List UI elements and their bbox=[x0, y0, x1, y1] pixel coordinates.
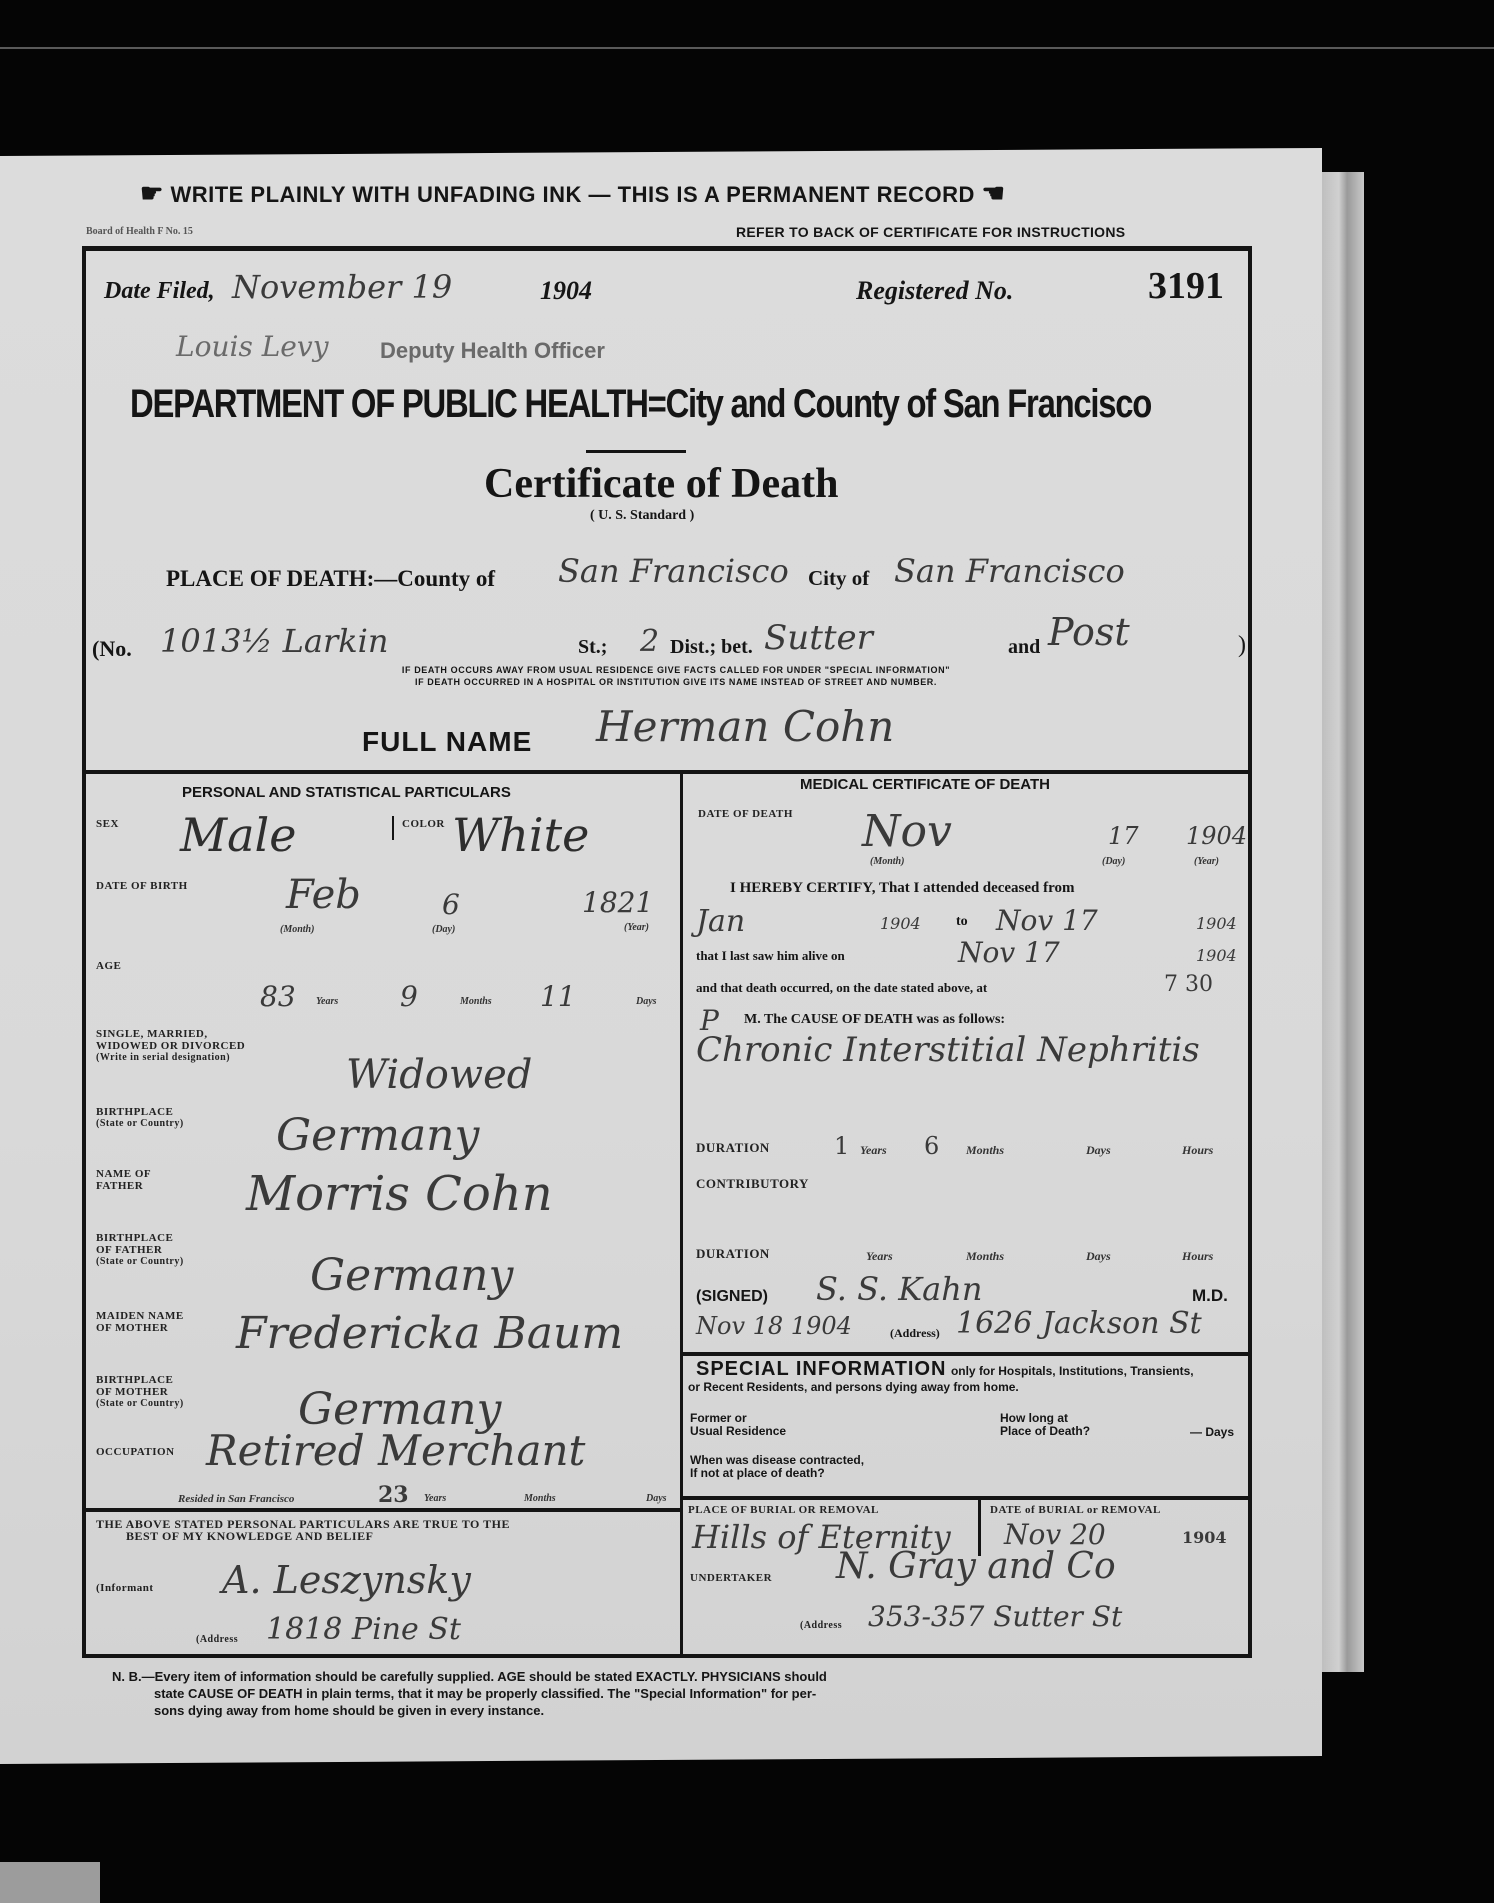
mother-name-label: MAIDEN NAME OF MOTHER bbox=[96, 1310, 184, 1334]
duration-years: 1 bbox=[834, 1132, 849, 1160]
father-bp-label-line: (State or Country) bbox=[96, 1256, 184, 1268]
year-caption: (Year) bbox=[624, 922, 649, 933]
registered-number: 3191 bbox=[1148, 264, 1224, 308]
medical-heading: MEDICAL CERTIFICATE OF DEATH bbox=[800, 776, 1050, 793]
birthplace-label: BIRTHPLACE (State or Country) bbox=[96, 1106, 184, 1130]
officer-title: Deputy Health Officer bbox=[380, 338, 605, 364]
duration-months: 6 bbox=[924, 1132, 939, 1160]
time-of-death: 7 30 bbox=[1164, 972, 1213, 997]
dob-label: DATE OF BIRTH bbox=[96, 880, 188, 892]
city-label: City of bbox=[808, 566, 869, 591]
mother-bp-label-line: BIRTHPLACE bbox=[96, 1374, 184, 1386]
duration-days-caption: Days bbox=[1086, 1143, 1111, 1158]
father-birthplace-label: BIRTHPLACE OF FATHER (State or Country) bbox=[96, 1232, 184, 1268]
undertaker: N. Gray and Co bbox=[836, 1546, 1116, 1587]
physician-address-label: (Address) bbox=[890, 1326, 940, 1341]
scan-edge-line bbox=[0, 47, 1494, 49]
sex-label: SEX bbox=[96, 818, 119, 830]
burial-divider bbox=[683, 1496, 1250, 1500]
sex-value: Male bbox=[180, 808, 296, 862]
residence-note-line: IF DEATH OCCURS AWAY FROM USUAL RESIDENC… bbox=[246, 664, 1106, 676]
duration2-years-caption: Years bbox=[866, 1249, 893, 1264]
contracted-label: When was disease contracted, If not at p… bbox=[690, 1454, 864, 1480]
date-filed-label: Date Filed, bbox=[104, 278, 215, 305]
footer-note-line: N. B.—Every item of information should b… bbox=[112, 1668, 827, 1685]
dod-month-caption: (Month) bbox=[870, 856, 904, 867]
date-filed-year: 1904 bbox=[540, 276, 592, 306]
marital-label-line: (Write in serial designation) bbox=[96, 1052, 245, 1064]
day-caption: (Day) bbox=[432, 924, 455, 935]
former-residence-label: Former or Usual Residence bbox=[690, 1412, 786, 1438]
signed-label: (SIGNED) bbox=[696, 1288, 768, 1306]
mother-birthplace-label: BIRTHPLACE OF MOTHER (State or Country) bbox=[96, 1374, 184, 1410]
special-heading-note-2: or Recent Residents, and persons dying a… bbox=[688, 1380, 1019, 1394]
last-saw-label: that I last saw him alive on bbox=[696, 948, 845, 964]
footer-note-line: sons dying away from home should be give… bbox=[112, 1702, 827, 1719]
father-bp-label-line: BIRTHPLACE bbox=[96, 1232, 184, 1244]
city-value: San Francisco bbox=[894, 552, 1125, 590]
color-label: COLOR bbox=[402, 818, 445, 830]
certificate-title: Certificate of Death bbox=[484, 460, 839, 508]
paper-fold-edge bbox=[1322, 172, 1364, 1672]
scan-artifact bbox=[0, 1862, 100, 1903]
age-days: 11 bbox=[540, 980, 576, 1013]
attended-from: Jan bbox=[696, 904, 745, 939]
last-saw-date: Nov 17 bbox=[958, 936, 1060, 969]
special-heading-note: only for Hospitals, Institutions, Transi… bbox=[951, 1364, 1194, 1378]
full-name-value: Herman Cohn bbox=[596, 702, 894, 751]
instructions-note: REFER TO BACK OF CERTIFICATE FOR INSTRUC… bbox=[736, 224, 1125, 240]
age-label: AGE bbox=[96, 960, 121, 972]
mother-label-line: OF MOTHER bbox=[96, 1322, 184, 1334]
days-caption: Days bbox=[636, 996, 657, 1007]
birthplace-label-line: BIRTHPLACE bbox=[96, 1106, 184, 1118]
signed-date: Nov 18 1904 bbox=[696, 1312, 852, 1340]
attestation: THE ABOVE STATED PERSONAL PARTICULARS AR… bbox=[96, 1518, 510, 1542]
pointing-hand-icon: ☚ bbox=[982, 178, 1006, 208]
how-long-label-line: Place of Death? bbox=[1000, 1425, 1090, 1438]
hospital-note-line: IF DEATH OCCURRED IN A HOSPITAL OR INSTI… bbox=[246, 676, 1106, 688]
how-long-label: How long at Place of Death? bbox=[1000, 1412, 1090, 1438]
contributory-label: CONTRIBUTORY bbox=[696, 1178, 809, 1190]
contracted-label-line: If not at place of death? bbox=[690, 1467, 864, 1480]
special-heading: SPECIAL INFORMATION bbox=[696, 1358, 946, 1380]
place-of-death-label: PLACE OF DEATH:—County of bbox=[166, 566, 495, 592]
cause-label: M. The CAUSE OF DEATH was as follows: bbox=[744, 1012, 1005, 1028]
md-label: M.D. bbox=[1192, 1286, 1228, 1306]
form-ref: Board of Health F No. 15 bbox=[86, 226, 193, 237]
dod-day: 17 bbox=[1108, 822, 1139, 850]
color-value: White bbox=[452, 808, 589, 862]
duration2-days-caption: Days bbox=[1086, 1249, 1111, 1264]
personal-heading: PERSONAL AND STATISTICAL PARTICULARS bbox=[182, 784, 511, 801]
certificate-subtitle: ( U. S. Standard ) bbox=[590, 508, 694, 524]
street-number-label: (No. bbox=[92, 636, 132, 662]
month-caption: (Month) bbox=[280, 924, 314, 935]
former-label-line: Usual Residence bbox=[690, 1425, 786, 1438]
duration2-hours-caption: Hours bbox=[1182, 1249, 1213, 1264]
marital-label-line: WIDOWED OR DIVORCED bbox=[96, 1040, 245, 1052]
informant-label: (Informant bbox=[96, 1582, 154, 1594]
special-heading-block: SPECIAL INFORMATION only for Hospitals, … bbox=[696, 1358, 1194, 1381]
attended-to-year: 1904 bbox=[1196, 914, 1237, 933]
father-label-line: FATHER bbox=[96, 1180, 151, 1192]
duration-hours-caption: Hours bbox=[1182, 1143, 1213, 1158]
occupation-value: Retired Merchant bbox=[206, 1426, 585, 1475]
dob-month: Feb bbox=[286, 872, 361, 918]
age-months: 9 bbox=[400, 980, 418, 1013]
sex-color-divider bbox=[392, 816, 394, 840]
dod-month: Nov bbox=[862, 806, 952, 857]
mother-label-line: MAIDEN NAME bbox=[96, 1310, 184, 1322]
dod-label: DATE OF DEATH bbox=[698, 808, 793, 820]
marital-label: SINGLE, MARRIED, WIDOWED OR DIVORCED (Wr… bbox=[96, 1028, 245, 1064]
marital-label-line: SINGLE, MARRIED, bbox=[96, 1028, 245, 1040]
between-street-2: Post bbox=[1048, 610, 1130, 654]
between-street-1: Sutter bbox=[764, 618, 873, 658]
closing-paren: ) bbox=[1238, 632, 1246, 659]
informant-divider bbox=[86, 1508, 680, 1512]
resided-years-caption: Years bbox=[424, 1493, 446, 1504]
date-filed-value: November 19 bbox=[232, 268, 452, 306]
mother-name-value: Fredericka Baum bbox=[236, 1308, 623, 1359]
marital-value: Widowed bbox=[346, 1052, 532, 1098]
father-name-value: Morris Cohn bbox=[246, 1166, 553, 1222]
dod-year-caption: (Year) bbox=[1194, 856, 1219, 867]
burial-year: 1904 bbox=[1182, 1528, 1227, 1547]
district-label: Dist.; bet. bbox=[670, 636, 753, 659]
resided-months-caption: Months bbox=[524, 1493, 556, 1504]
to-label: to bbox=[956, 914, 968, 930]
father-label-line: NAME OF bbox=[96, 1168, 151, 1180]
informant-address: 1818 Pine St bbox=[266, 1612, 461, 1647]
footer-note-line: state CAUSE OF DEATH in plain terms, tha… bbox=[112, 1685, 827, 1702]
duration-months-caption: Months bbox=[966, 1143, 1004, 1158]
dob-year: 1821 bbox=[582, 886, 653, 919]
duration-label: DURATION bbox=[696, 1142, 770, 1154]
divider bbox=[586, 450, 686, 453]
burial-date-label: DATE of BURIAL or REMOVAL bbox=[990, 1504, 1161, 1516]
informant-signature: A. Leszynsky bbox=[222, 1558, 471, 1602]
footer-note: N. B.—Every item of information should b… bbox=[112, 1668, 827, 1719]
residence-note: IF DEATH OCCURS AWAY FROM USUAL RESIDENC… bbox=[246, 664, 1106, 688]
age-years: 83 bbox=[260, 980, 296, 1013]
undertaker-label: UNDERTAKER bbox=[690, 1572, 772, 1584]
county-value: San Francisco bbox=[558, 552, 789, 590]
duration-years-caption: Years bbox=[860, 1143, 887, 1158]
resided-label: Resided in San Francisco bbox=[178, 1493, 294, 1505]
birthplace-label-line: (State or Country) bbox=[96, 1118, 184, 1130]
informant-address-label: (Address bbox=[196, 1634, 238, 1646]
resided-days-caption: Days bbox=[646, 1493, 667, 1504]
attestation-line: BEST OF MY KNOWLEDGE AND BELIEF bbox=[96, 1530, 510, 1542]
years-caption: Years bbox=[316, 996, 338, 1007]
officer-signature: Louis Levy bbox=[176, 330, 329, 363]
resided-years: 23 bbox=[378, 1482, 409, 1508]
special-divider bbox=[683, 1352, 1250, 1356]
physician-address: 1626 Jackson St bbox=[956, 1306, 1202, 1341]
department-heading: DEPARTMENT OF PUBLIC HEALTH=City and Cou… bbox=[130, 382, 1151, 427]
section-divider bbox=[86, 770, 1250, 774]
dob-day: 6 bbox=[442, 888, 460, 921]
cause-of-death: Chronic Interstitial Nephritis bbox=[696, 1030, 1200, 1070]
mother-bp-label-line: OF MOTHER bbox=[96, 1386, 184, 1398]
column-divider bbox=[680, 774, 683, 1654]
duration2-months-caption: Months bbox=[966, 1249, 1004, 1264]
certify-text: I HEREBY CERTIFY, That I attended deceas… bbox=[730, 880, 1075, 897]
district-value: 2 bbox=[640, 624, 659, 659]
full-name-label: FULL NAME bbox=[362, 726, 532, 758]
dod-year: 1904 bbox=[1186, 822, 1247, 850]
burial-place-label: PLACE OF BURIAL OR REMOVAL bbox=[688, 1504, 879, 1516]
father-bp-label-line: OF FATHER bbox=[96, 1244, 184, 1256]
street-label: St.; bbox=[578, 636, 607, 659]
banner-text: WRITE PLAINLY WITH UNFADING INK — THIS I… bbox=[170, 182, 975, 207]
street-address-value: 1013½ Larkin bbox=[160, 622, 388, 660]
months-caption: Months bbox=[460, 996, 492, 1007]
last-saw-year: 1904 bbox=[1196, 946, 1237, 965]
days-label: — Days bbox=[1190, 1425, 1234, 1439]
pointing-hand-icon: ☛ bbox=[140, 178, 164, 208]
birthplace-value: Germany bbox=[276, 1110, 479, 1161]
duration2-label: DURATION bbox=[696, 1248, 770, 1260]
undertaker-address-label: (Address bbox=[800, 1620, 842, 1632]
occurred-label: and that death occurred, on the date sta… bbox=[696, 980, 987, 996]
occupation-label: OCCUPATION bbox=[96, 1446, 175, 1458]
attended-from-year: 1904 bbox=[880, 914, 921, 933]
attended-to: Nov 17 bbox=[996, 904, 1098, 937]
ink-banner: ☛ WRITE PLAINLY WITH UNFADING INK — THIS… bbox=[140, 178, 1005, 209]
and-label: and bbox=[1008, 636, 1040, 659]
registered-label: Registered No. bbox=[856, 276, 1013, 306]
dod-day-caption: (Day) bbox=[1102, 856, 1125, 867]
mother-bp-label-line: (State or Country) bbox=[96, 1398, 184, 1410]
physician-signature: S. S. Kahn bbox=[816, 1270, 982, 1308]
father-name-label: NAME OF FATHER bbox=[96, 1168, 151, 1192]
father-birthplace-value: Germany bbox=[310, 1250, 513, 1301]
undertaker-address: 353-357 Sutter St bbox=[868, 1600, 1122, 1633]
